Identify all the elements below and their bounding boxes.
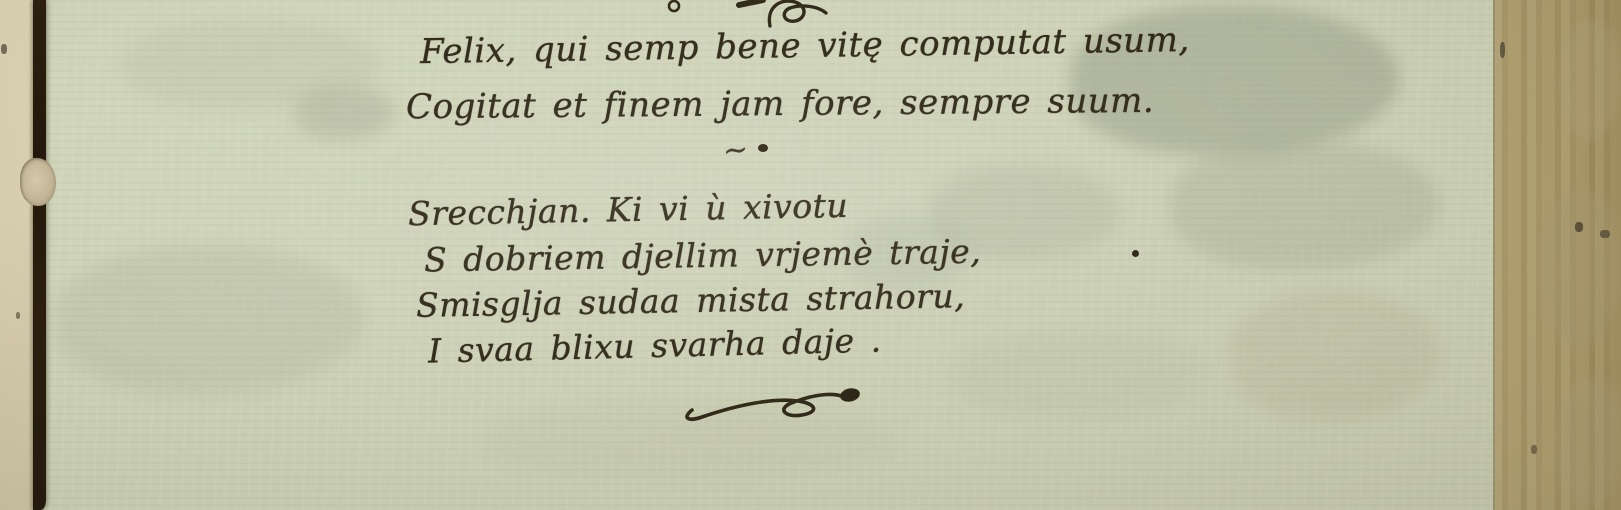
fore-edge-speck <box>1500 42 1505 58</box>
croatian-verse-line-3: Smisglja sudaa mista strahoru, <box>416 276 966 325</box>
fore-edge-speck <box>1575 222 1583 232</box>
show-through-stain <box>55 245 365 395</box>
croatian-verse-line-1: Srecchjan. Ki vi ù xivotu <box>408 186 849 233</box>
fore-edge-speck <box>1531 445 1537 454</box>
separator-ink-dot <box>758 144 768 152</box>
croatian-verse-line-4: I svaa blixu svarha daje . <box>428 320 882 370</box>
previous-page-edge <box>0 0 33 510</box>
show-through-stain <box>295 85 395 140</box>
paper-speck <box>1 44 7 54</box>
binding-stitch-knot <box>20 158 56 206</box>
show-through-stain <box>950 330 1210 420</box>
paper-speck <box>16 312 20 319</box>
show-through-stain <box>1170 140 1440 270</box>
latin-verse-line-1: Felix, qui semp bene vitę computat usum, <box>420 20 1190 72</box>
show-through-stain <box>120 20 380 110</box>
manuscript-page: Felix, qui semp bene vitę computat usum,… <box>0 0 1621 510</box>
croatian-verse-line-2: S dobriem djellim vrjemè traje, <box>424 232 982 280</box>
top-cutoff-flourish-icon <box>598 0 838 28</box>
stray-ink-dot <box>1132 250 1139 257</box>
separator-tilde-mark: ~ <box>721 132 750 169</box>
fore-edge-speck <box>1600 230 1610 238</box>
show-through-stain <box>1230 290 1440 420</box>
latin-verse-line-2: Cogitat et finem jam fore, sempre suum. <box>406 81 1154 128</box>
fore-edge <box>1493 0 1621 510</box>
binding-gutter <box>33 0 46 510</box>
end-flourish-icon <box>678 378 868 422</box>
